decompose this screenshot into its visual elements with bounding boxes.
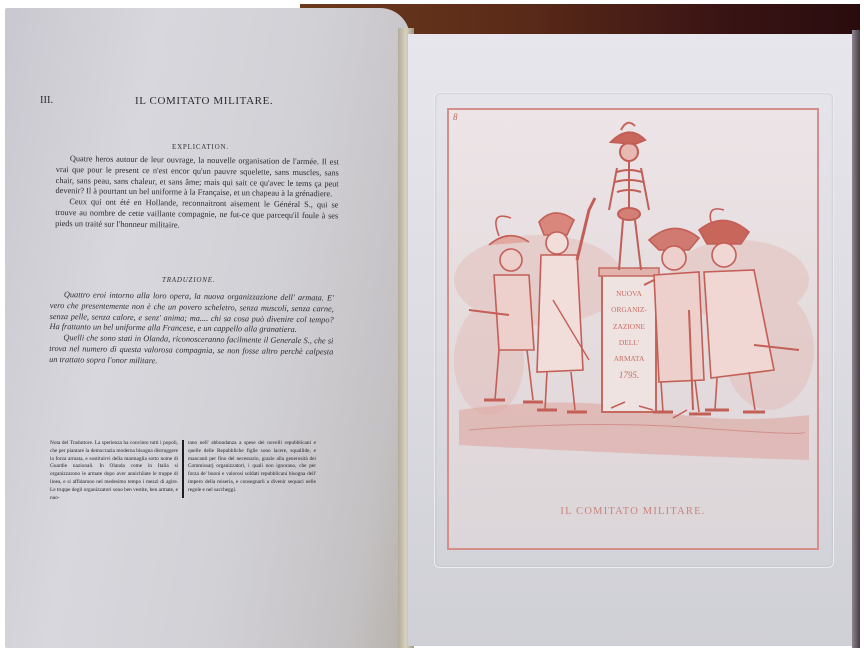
running-title: IL COMITATO MILITARE. — [135, 95, 273, 107]
traduzione-heading: TRADUZIONE. — [162, 276, 215, 284]
explication-paragraph: Ceux qui ont été en Hollande, reconnaitr… — [55, 197, 338, 233]
traduzione-paragraph: Quelli che sono stati in Olanda, riconos… — [49, 333, 333, 369]
book-cover-edge — [852, 30, 860, 648]
inscription-line: DELL' — [606, 335, 652, 351]
footnote-right-column: tano nell' abbondanza a spese dei novell… — [188, 440, 316, 495]
traduzione-paragraph: Quattro eroi intorno alla loro opera, la… — [49, 290, 334, 337]
footnote-left-column: Nota del Traduttore. La sperienza ha con… — [50, 440, 178, 502]
inscription-line: NUOVA — [606, 286, 652, 302]
explication-paragraph: Quatre heros autour de leur ouvrage, la … — [55, 154, 339, 201]
inscription-line: ORGANIZ- — [606, 302, 652, 318]
page-number: III. — [40, 95, 53, 106]
inscription-line: ZAZIONE — [606, 319, 652, 335]
engraving-plate: 8 — [447, 108, 819, 550]
explication-heading: EXPLICATION. — [172, 143, 229, 151]
explication-text: Quatre heros autour de leur ouvrage, la … — [55, 154, 339, 233]
inscription-year: 1795. — [606, 367, 652, 383]
plinth-inscription: NUOVA ORGANIZ- ZAZIONE DELL' ARMATA 1795… — [606, 286, 652, 384]
plate-caption: IL COMITATO MILITARE. — [449, 506, 817, 517]
footnote-divider — [182, 440, 184, 498]
traduzione-text: Quattro eroi intorno alla loro opera, la… — [49, 290, 334, 369]
inscription-line: ARMATA — [606, 351, 652, 367]
